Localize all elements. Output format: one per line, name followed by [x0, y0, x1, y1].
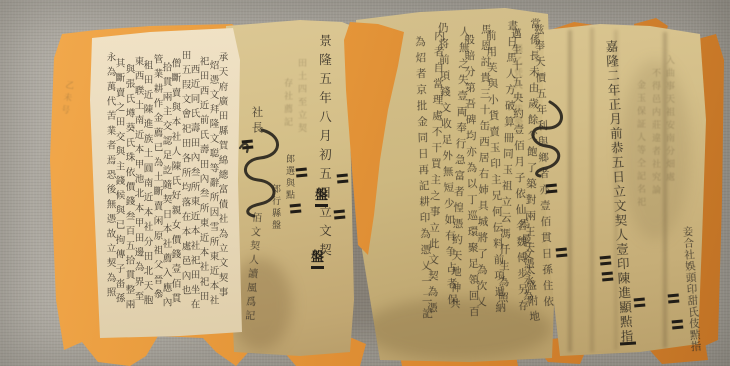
- page5-bleed-column: 金玉保証人等仝記名祀: [635, 80, 644, 210]
- finger-mark: [602, 272, 614, 282]
- seal-mark: 盤: [311, 246, 324, 269]
- page2-date-column: 景隆五年八月初五日立文契: [318, 34, 331, 262]
- page5-bleed-column: 不得邑内莊違者社究論: [650, 68, 659, 198]
- finger-mark: [546, 184, 558, 194]
- finger-mark: [296, 168, 308, 178]
- page1-column: 永為萬代苦業者焉恐後無憑故立契為照: [105, 52, 115, 302]
- finger-mark: [290, 204, 302, 214]
- finger-mark: [556, 248, 568, 258]
- signature-flourish-1: [232, 126, 290, 218]
- finger-mark: [600, 256, 612, 266]
- finger-mark: [334, 210, 346, 220]
- page1-column: 田五叚文會祀田各所均落在本處邑內也: [180, 50, 190, 300]
- page2-bleed-column: 田土四至立契: [296, 58, 305, 136]
- crease-line: [568, 30, 572, 352]
- page1-column: 管業耕作金薦已為土斷賣闲原祖父晉叅: [152, 54, 162, 304]
- page1-column: 與張氏墫葵氏珠依價錢叁百五拾貫整兩: [124, 64, 134, 314]
- crease-line: [590, 28, 594, 352]
- finger-mark: [668, 294, 680, 304]
- page2-bleed-column: 存社薦記: [282, 78, 291, 130]
- signature-flourish-2: [522, 98, 576, 178]
- manuscript-photo-scene: 乙未号 承天府廣田縣賀綿總富債社為立文契事 炤憑文拜隆文聪等辭所因雪所東近本社 …: [0, 0, 730, 366]
- finger-mark: [672, 320, 684, 330]
- seal-mark: 盤: [315, 184, 328, 207]
- finger-mark: [337, 174, 349, 184]
- page4-faint-column: 憑乙凭人方拔築: [512, 44, 521, 128]
- finger-mark: [634, 298, 646, 308]
- page1-column: 炤憑文拜隆文聪等辭所因雪所東近本社: [208, 60, 218, 310]
- page5-bleed-column: 入曲事天祖安南分畑處: [664, 55, 673, 185]
